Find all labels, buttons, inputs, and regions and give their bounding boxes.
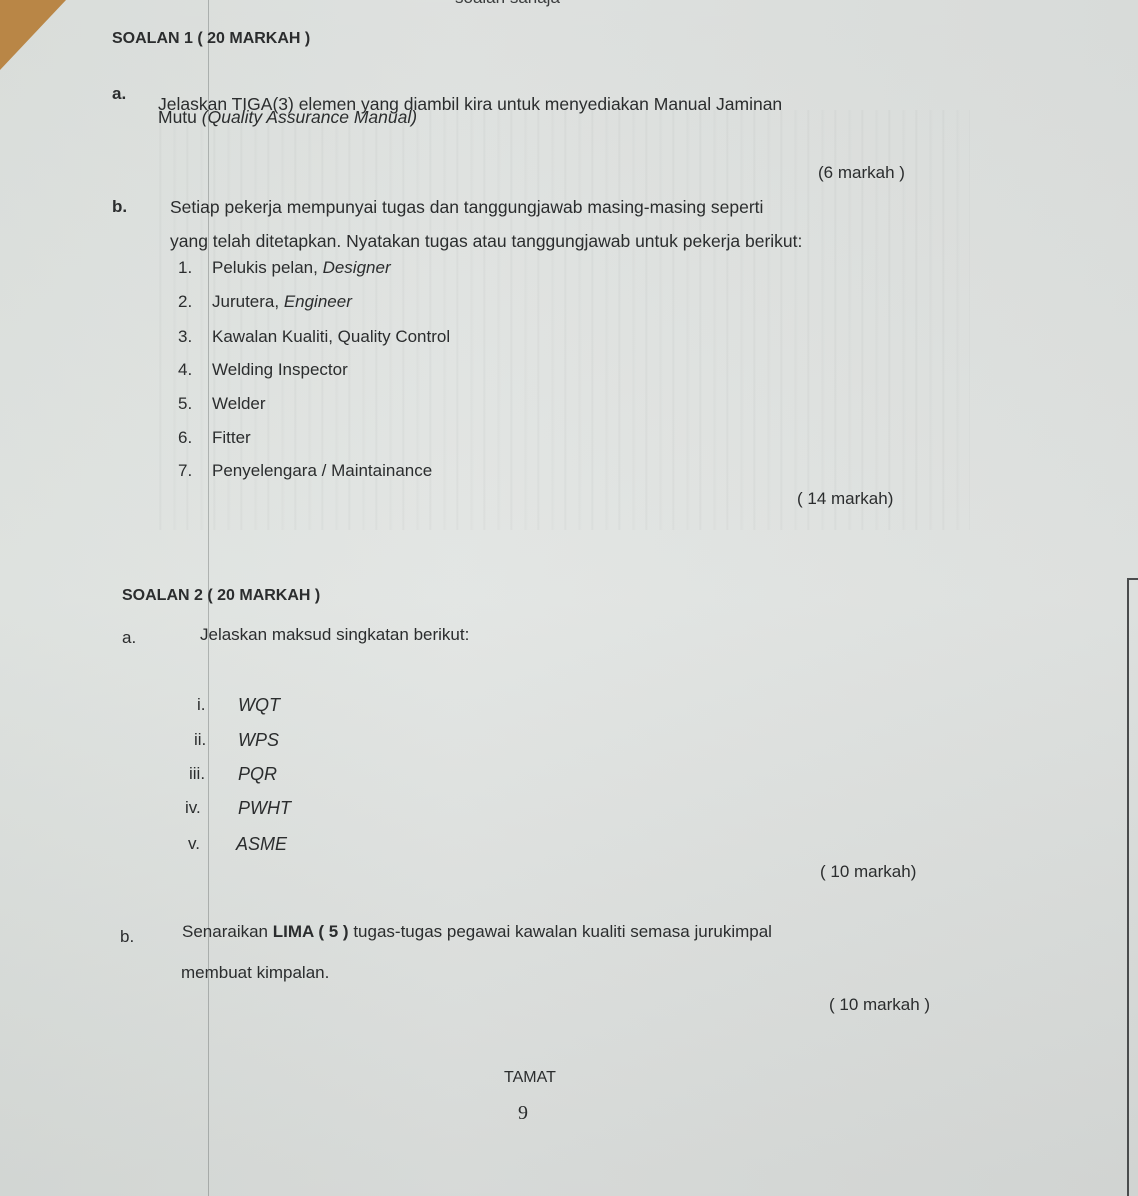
- q1a-label: a.: [112, 84, 126, 104]
- q2a-item-abbrev: WQT: [238, 695, 280, 715]
- q2a-item-abbrev: PQR: [238, 764, 277, 784]
- q1b-list-item: 4.Welding Inspector: [178, 360, 348, 380]
- q2a-text: Jelaskan maksud singkatan berikut:: [200, 625, 469, 645]
- q1a-line2: Mutu (Quality Assurance Manual): [158, 107, 417, 127]
- item-number: 6.: [178, 428, 212, 448]
- q1b-list-item: 1.Pelukis pelan, Designer: [178, 258, 391, 278]
- q2b-line1-bold: LIMA ( 5 ): [273, 922, 349, 941]
- item-number: 4.: [178, 360, 212, 380]
- q1b-list-item: 7.Penyelengara / Maintainance: [178, 461, 432, 481]
- q1a-marks: (6 markah ): [818, 163, 905, 183]
- adjacent-page-frame: [1127, 578, 1138, 1196]
- q1b-line1: Setiap pekerja mempunyai tugas dan tangg…: [170, 197, 763, 217]
- q2a-item-abbrev: ASME: [236, 834, 287, 854]
- q2b-line1-suffix: tugas-tugas pegawai kawalan kualiti sema…: [349, 922, 772, 941]
- q2b-line2: membuat kimpalan.: [181, 963, 329, 983]
- q2b-line1-prefix: Senaraikan: [182, 922, 273, 941]
- item-number: 7.: [178, 461, 212, 481]
- q1a-line2-prefix: Mutu: [158, 107, 202, 127]
- q2b-line1: Senaraikan LIMA ( 5 ) tugas-tugas pegawa…: [182, 922, 772, 942]
- q1b-line2: yang telah ditetapkan. Nyatakan tugas at…: [170, 231, 802, 251]
- q2a-marks: ( 10 markah): [820, 862, 916, 882]
- item-text: Penyelengara / Maintainance: [212, 461, 432, 480]
- q1b-list-item: 2.Jurutera, Engineer: [178, 292, 352, 312]
- item-number: 2.: [178, 292, 212, 312]
- item-italic: Engineer: [284, 292, 352, 311]
- q2a-item-number: i.: [197, 695, 206, 715]
- item-text: Welding Inspector: [212, 360, 348, 379]
- item-text: Fitter: [212, 428, 251, 447]
- q2b-marks: ( 10 markah ): [829, 995, 930, 1015]
- q1b-list-item: 3.Kawalan Kualiti, Quality Control: [178, 327, 450, 347]
- q1b-list-item: 5.Welder: [178, 394, 266, 414]
- q2b-label: b.: [120, 927, 134, 947]
- item-text: Pelukis pelan,: [212, 258, 323, 277]
- item-text: Jurutera,: [212, 292, 284, 311]
- top-partial-text: soalan sahaja: [455, 0, 560, 8]
- q2a-item-number: ii.: [194, 730, 206, 750]
- item-italic: Designer: [323, 258, 391, 277]
- item-text: Welder: [212, 394, 266, 413]
- page-number: 9: [518, 1103, 528, 1123]
- item-number: 5.: [178, 394, 212, 414]
- item-number: 3.: [178, 327, 212, 347]
- q2a-item-number: v.: [188, 834, 200, 854]
- q2a-item-number: iv.: [185, 798, 201, 818]
- q2a-item-abbrev: WPS: [238, 730, 279, 750]
- end-label: TAMAT: [504, 1068, 556, 1088]
- q2a-item-number: iii.: [189, 764, 205, 784]
- q2-heading: SOALAN 2 ( 20 MARKAH ): [122, 586, 320, 606]
- q1a-line2-italic: (Quality Assurance Manual): [202, 107, 417, 127]
- q1b-list-item: 6.Fitter: [178, 428, 251, 448]
- q1b-label: b.: [112, 197, 127, 217]
- q1-heading: SOALAN 1 ( 20 MARKAH ): [112, 29, 310, 49]
- desk-corner: [0, 0, 66, 70]
- item-text: Kawalan Kualiti, Quality Control: [212, 327, 450, 346]
- q2a-label: a.: [122, 628, 136, 648]
- q2a-item-abbrev: PWHT: [238, 798, 291, 818]
- item-number: 1.: [178, 258, 212, 278]
- q1b-marks: ( 14 markah): [797, 489, 893, 509]
